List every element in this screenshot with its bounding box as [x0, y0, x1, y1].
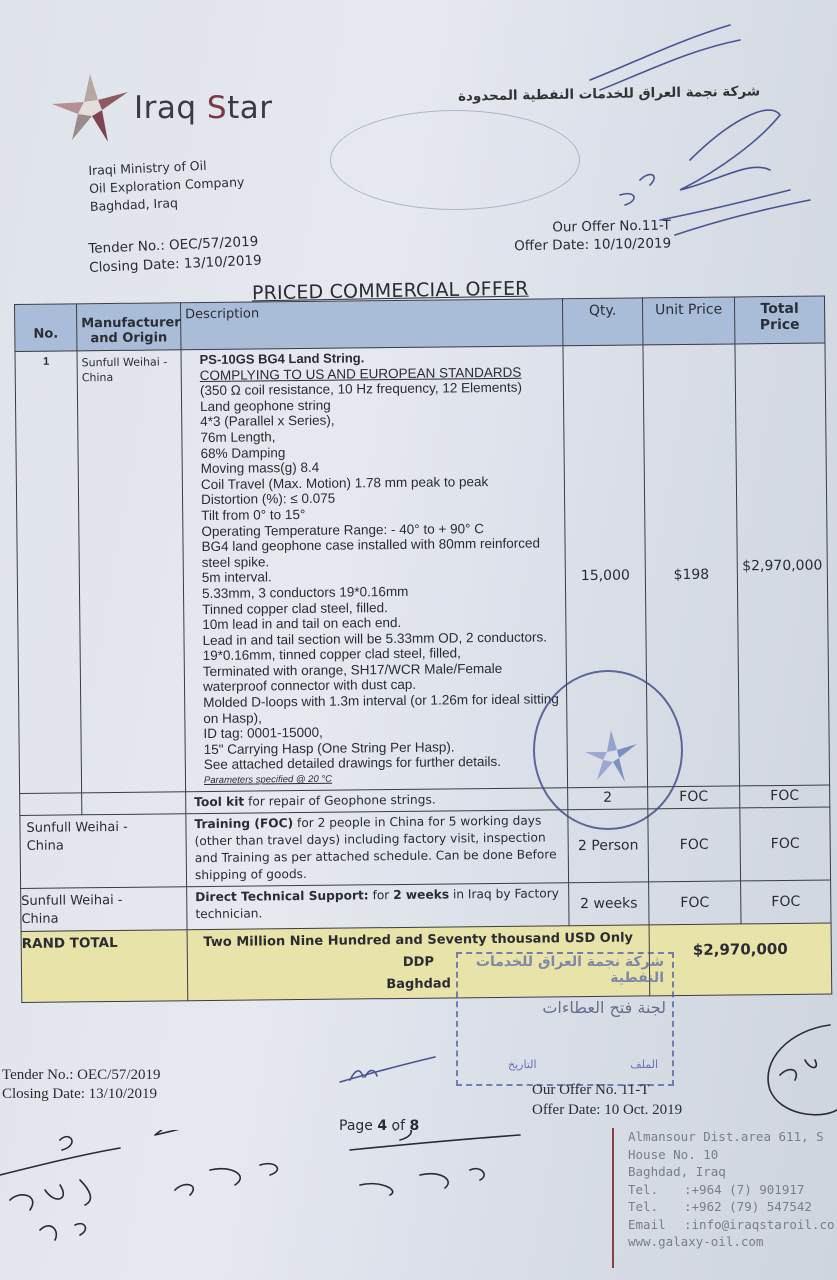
unit-price: FOC — [649, 881, 741, 925]
price-table: No. Manufacturer and Origin Description … — [14, 296, 831, 1003]
spec-list: (350 Ω coil resistance, 10 Hz frequency,… — [200, 379, 563, 773]
grand-total-amount: $2,970,000 — [649, 923, 832, 996]
footer-offer-info: Our Offer No. 11-T Offer Date: 10 Oct. 2… — [532, 1080, 682, 1120]
unit-price: FOC — [648, 808, 741, 882]
grand-total-row: RAND TOTAL Two Million Nine Hundred and … — [21, 923, 832, 1002]
initials-scribble — [335, 1052, 445, 1092]
faded-oval-stamp — [330, 110, 580, 210]
spec-line: BG4 land geophone case installed with 80… — [201, 535, 560, 570]
table-row: 1 Sunfull Weihai - China PS-10GS BG4 Lan… — [15, 343, 830, 793]
col-header-unit-price: Unit Price — [642, 297, 734, 345]
contact-address: House No. 10 — [628, 1146, 835, 1164]
col-header-description: Description — [180, 299, 562, 350]
total-price: FOC — [741, 880, 831, 924]
row-number: 1 — [15, 351, 82, 793]
table-row: Sunfull Weihai - China Training (FOC) fo… — [20, 807, 831, 888]
grand-total-label: RAND TOTAL — [21, 929, 188, 1002]
company-round-stamp — [533, 670, 683, 830]
contact-website: www.galaxy-oil.com — [628, 1233, 835, 1251]
tender-info: Tender No.: OEC/57/2019 Closing Date: 13… — [88, 232, 262, 277]
footer-offer-number: Our Offer No. 11-T — [532, 1080, 682, 1100]
recipient-address: Iraqi Ministry of Oil Oil Exploration Co… — [88, 155, 246, 216]
contact-tel: Tel.:+962 (79) 547542 — [628, 1198, 835, 1216]
col-header-no: No. — [15, 304, 77, 352]
qty: 2 weeks — [569, 882, 649, 926]
committee-rect-stamp: شركة نجمة العراق للخدمات النفطية لجنة فت… — [456, 952, 674, 1086]
total-price: $2,970,000 — [735, 343, 830, 786]
col-header-qty: Qty. — [562, 298, 642, 346]
contact-address: Baghdad, Iraq — [628, 1163, 835, 1181]
contact-tel: Tel.:+964 (7) 901917 — [628, 1181, 835, 1199]
star-logo-icon — [48, 70, 132, 146]
parameters-note: Parameters specified @ 20 °C — [204, 769, 563, 788]
manufacturer: Sunfull Weihai - China — [21, 886, 187, 931]
manufacturer: Sunfull Weihai - China — [20, 813, 187, 888]
company-logo: Iraq Star — [48, 70, 273, 146]
footer-closing-date: Closing Date: 13/10/2019 — [2, 1085, 161, 1104]
signature-scribbles-top — [580, 20, 830, 250]
footer-tender-number: Tender No.: OEC/57/2019 — [2, 1066, 161, 1085]
description: Direct Technical Support: for 2 weeks in… — [187, 882, 569, 929]
manufacturer: Sunfull Weihai - China — [77, 350, 186, 793]
contact-block: Almansour Dist.area 611, S House No. 10 … — [612, 1128, 835, 1268]
description: Training (FOC) for 2 people in China for… — [186, 809, 569, 886]
document-page: Iraq Star Iraqi Ministry of Oil Oil Expl… — [0, 0, 837, 1280]
col-header-total-price: Total Price — [734, 296, 824, 344]
footer-offer-date: Offer Date: 10 Oct. 2019 — [532, 1100, 682, 1120]
contact-email: Email:info@iraqstaroil.co — [628, 1216, 835, 1234]
col-header-manufacturer: Manufacturer and Origin — [77, 303, 181, 351]
spec-line: Lead in and tail section will be 5.33mm … — [202, 629, 561, 664]
total-price: FOC — [740, 807, 831, 881]
spec-line: Molded D-loops with 1.3m interval (or 1.… — [203, 691, 562, 726]
description: PS-10GS BG4 Land String. COMPLYING TO US… — [181, 346, 568, 792]
footer-tender-info: Tender No.: OEC/57/2019 Closing Date: 13… — [2, 1066, 161, 1104]
signature-scribble-right — [740, 1020, 837, 1140]
signature-scribbles-bottom — [0, 1130, 600, 1280]
spec-line: Terminated with orange, SH17/WCR Male/Fe… — [203, 660, 562, 695]
logo-text: Iraq Star — [134, 90, 273, 126]
table-header-row: No. Manufacturer and Origin Description … — [15, 296, 825, 351]
stamp-star-icon — [583, 728, 639, 784]
total-price: FOC — [740, 785, 830, 808]
